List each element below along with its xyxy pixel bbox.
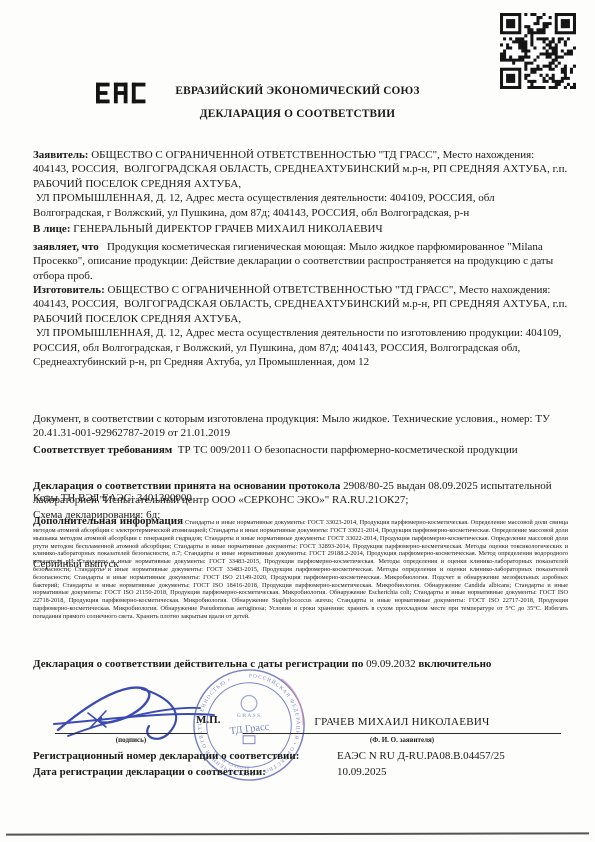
union-title: ЕВРАЗИЙСКИЙ ЭКОНОМИЧЕСКИЙ СОЮЗ bbox=[0, 85, 595, 97]
conformity-label: Соответствует требованиям bbox=[33, 444, 172, 456]
additional-info-label: Дополнительная информация bbox=[33, 515, 183, 527]
page-scan-edge bbox=[6, 832, 589, 835]
seal-place-note: М.П. bbox=[196, 714, 220, 726]
registration-date-value: 10.09.2025 bbox=[337, 766, 387, 778]
conformity-text: ТР ТС 009/2011 О безопасности парфюмерно… bbox=[172, 444, 517, 456]
document-title: ДЕКЛАРАЦИЯ О СООТВЕТСТВИИ bbox=[0, 108, 595, 120]
person-label: В лице: bbox=[33, 223, 70, 235]
name-caption: (Ф. И. О. заявителя) bbox=[243, 736, 561, 744]
name-line bbox=[243, 733, 561, 734]
applicant-name: ГРАЧЕВ МИХАИЛ НИКОЛАЕВИЧ bbox=[243, 716, 561, 728]
manufacturer-label: Изготовитель: bbox=[33, 284, 105, 296]
additional-info-paragraph: Дополнительная информация Стандарты и ин… bbox=[33, 518, 568, 620]
applicant-label: Заявитель: bbox=[33, 149, 88, 161]
validity-suffix: включительно bbox=[418, 658, 491, 670]
person-paragraph: В лице: ГЕНЕРАЛЬНЫЙ ДИРЕКТОР ГРАЧЕВ МИХА… bbox=[33, 222, 568, 236]
registration-number-value: ЕАЭС N RU Д-RU.РА08.В.04457/25 bbox=[337, 750, 505, 762]
conformity-paragraph: Соответствует требованиям ТР ТС 009/2011… bbox=[33, 443, 568, 457]
declares-paragraph: заявляет, что Продукция косметическая ги… bbox=[33, 240, 568, 283]
signature-caption: (подпись) bbox=[55, 736, 207, 744]
basis-label: Декларация о соответствии принята на осн… bbox=[33, 480, 340, 492]
declares-label: заявляет, что bbox=[33, 241, 99, 253]
signature-line bbox=[55, 733, 207, 734]
declaration-page: ЕВРАЗИЙСКИЙ ЭКОНОМИЧЕСКИЙ СОЮЗ ДЕКЛАРАЦИ… bbox=[0, 0, 595, 842]
registration-number-label: Регистрационный номер декларации о соотв… bbox=[33, 750, 299, 762]
qr-code-icon bbox=[500, 13, 576, 89]
registration-date-label: Дата регистрации декларации о соответств… bbox=[33, 766, 266, 778]
applicant-paragraph: Заявитель: ОБЩЕСТВО С ОГРАНИЧЕННОЙ ОТВЕТ… bbox=[33, 148, 568, 220]
additional-info-text: Стандарты и иные нормативные документы: … bbox=[33, 519, 570, 620]
validity-date: 09.09.2032 bbox=[363, 658, 418, 670]
applicant-text: ОБЩЕСТВО С ОГРАНИЧЕННОЙ ОТВЕТСТВЕННОСТЬЮ… bbox=[33, 149, 570, 219]
declares-text: Продукция косметическая гигиеническая мо… bbox=[33, 241, 556, 282]
person-text: ГЕНЕРАЛЬНЫЙ ДИРЕКТОР ГРАЧЕВ МИХАИЛ НИКОЛ… bbox=[70, 223, 382, 235]
manufacturer-text: ОБЩЕСТВО С ОГРАНИЧЕННОЙ ОТВЕТСТВЕННОСТЬЮ… bbox=[33, 284, 570, 368]
manufacturer-paragraph: Изготовитель: ОБЩЕСТВО С ОГРАНИЧЕННОЙ ОТ… bbox=[33, 283, 568, 369]
product-document-text: Документ, в соответствии с которым изгот… bbox=[33, 412, 568, 441]
